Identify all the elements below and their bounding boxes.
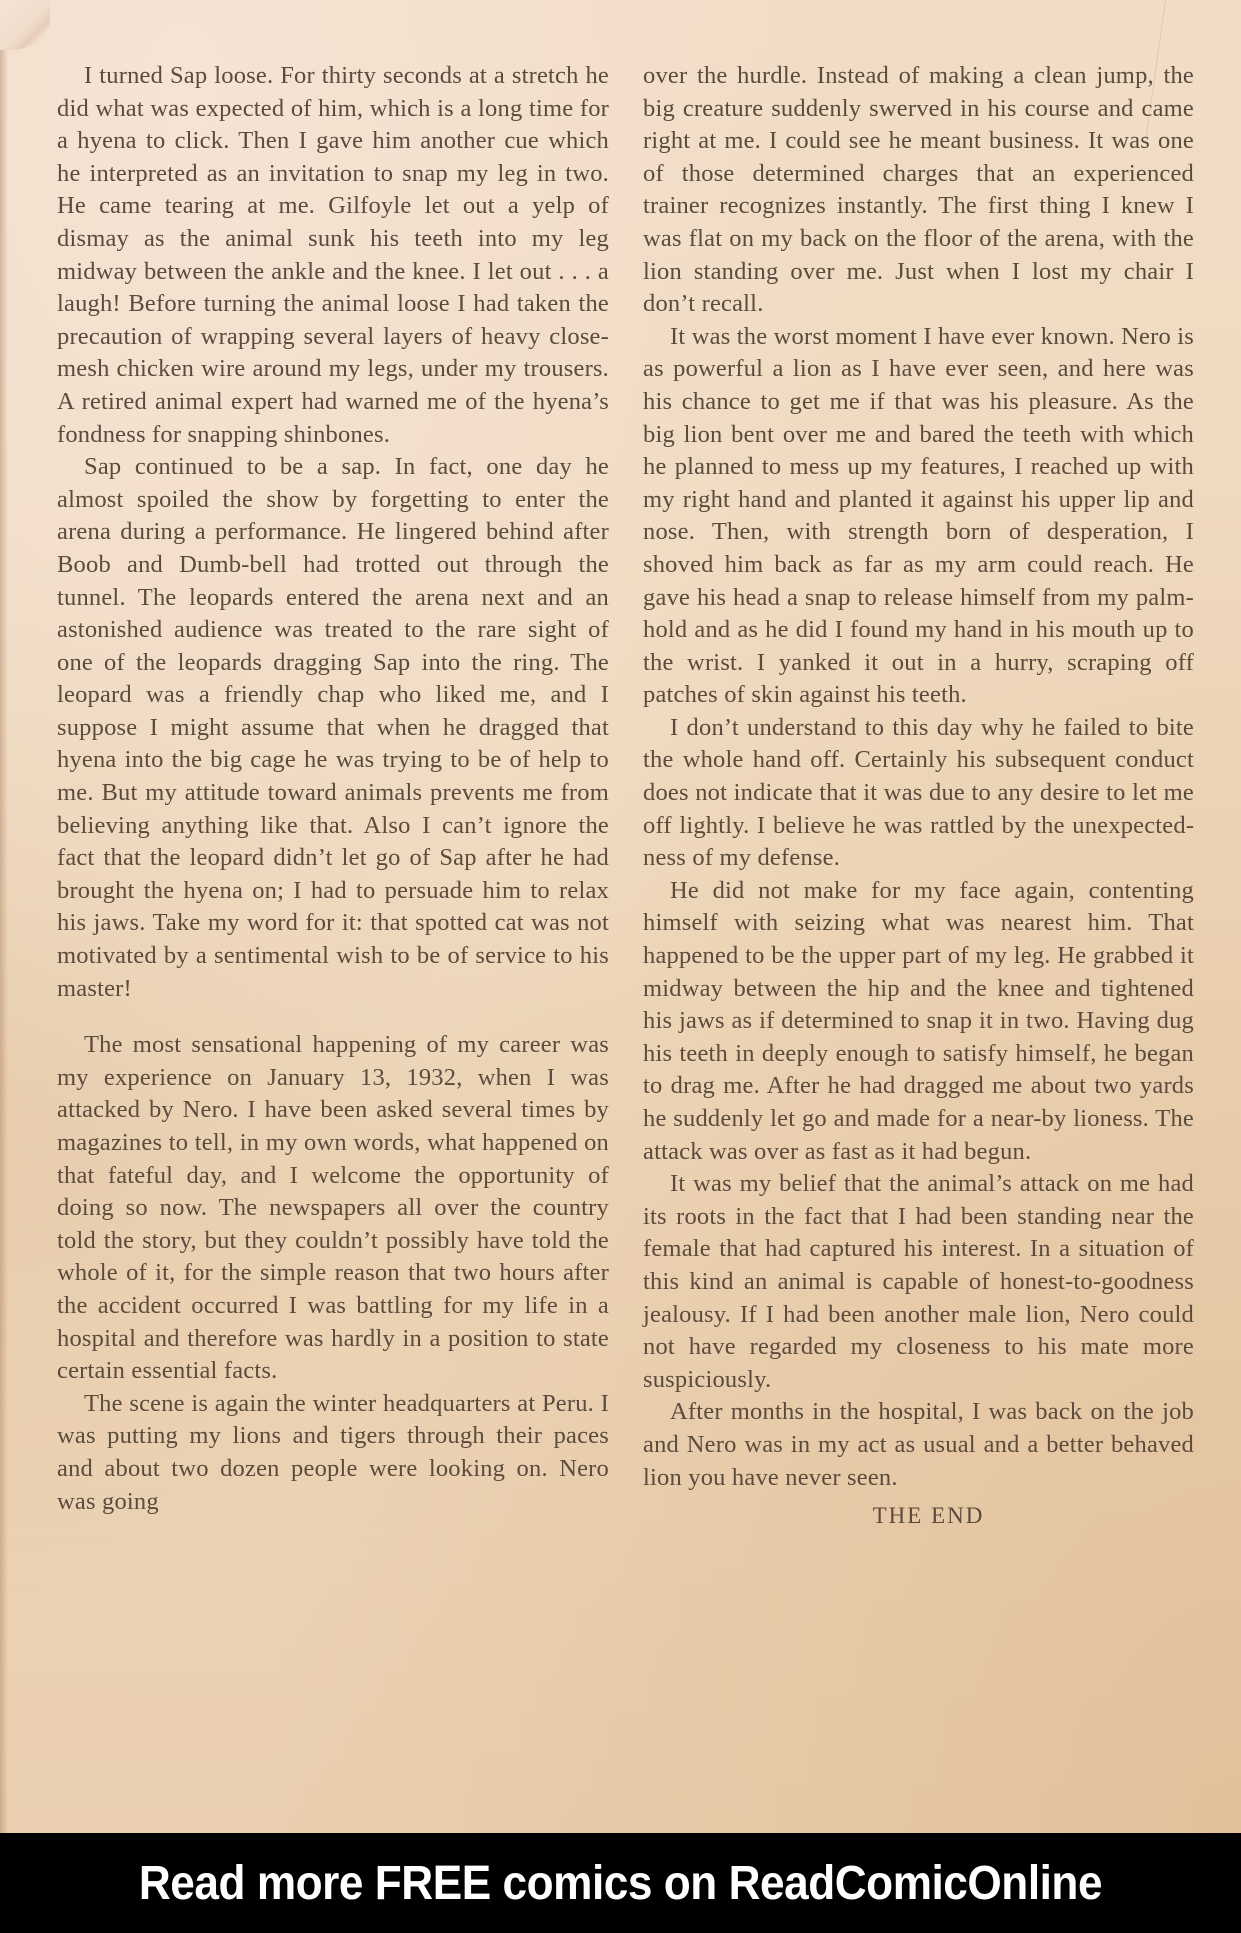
left-text-column: I turned Sap loose. For thirty seconds a…	[57, 60, 609, 1518]
paragraph: It was my belief that the animal’s attac…	[643, 1168, 1194, 1396]
paragraph: Sap continued to be a sap. In fact, one …	[57, 451, 609, 1005]
page-binding-shadow	[0, 0, 8, 1833]
dog-ear-fold	[0, 0, 50, 50]
paragraph: I turned Sap loose. For thirty seconds a…	[57, 60, 609, 451]
promo-banner-text[interactable]: Read more FREE comics on ReadComicOnline	[139, 1856, 1102, 1911]
the-end-label: THE END	[643, 1500, 1194, 1533]
paragraph: It was the worst moment I have ever know…	[643, 321, 1194, 712]
paragraph: The scene is again the winter headquarte…	[57, 1388, 609, 1518]
paragraph: After months in the hospital, I was back…	[643, 1396, 1194, 1494]
promo-banner[interactable]: Read more FREE comics on ReadComicOnline	[0, 1833, 1241, 1933]
paragraph: The most sensational happening of my car…	[57, 1029, 609, 1388]
paragraph: I don’t understand to this day why he fa…	[643, 712, 1194, 875]
paragraph: over the hurdle. Instead of making a cle…	[643, 60, 1194, 321]
right-text-column: over the hurdle. Instead of making a cle…	[643, 60, 1194, 1556]
paragraph: He did not make for my face again, con­t…	[643, 875, 1194, 1168]
scanned-page: I turned Sap loose. For thirty seconds a…	[0, 0, 1241, 1833]
